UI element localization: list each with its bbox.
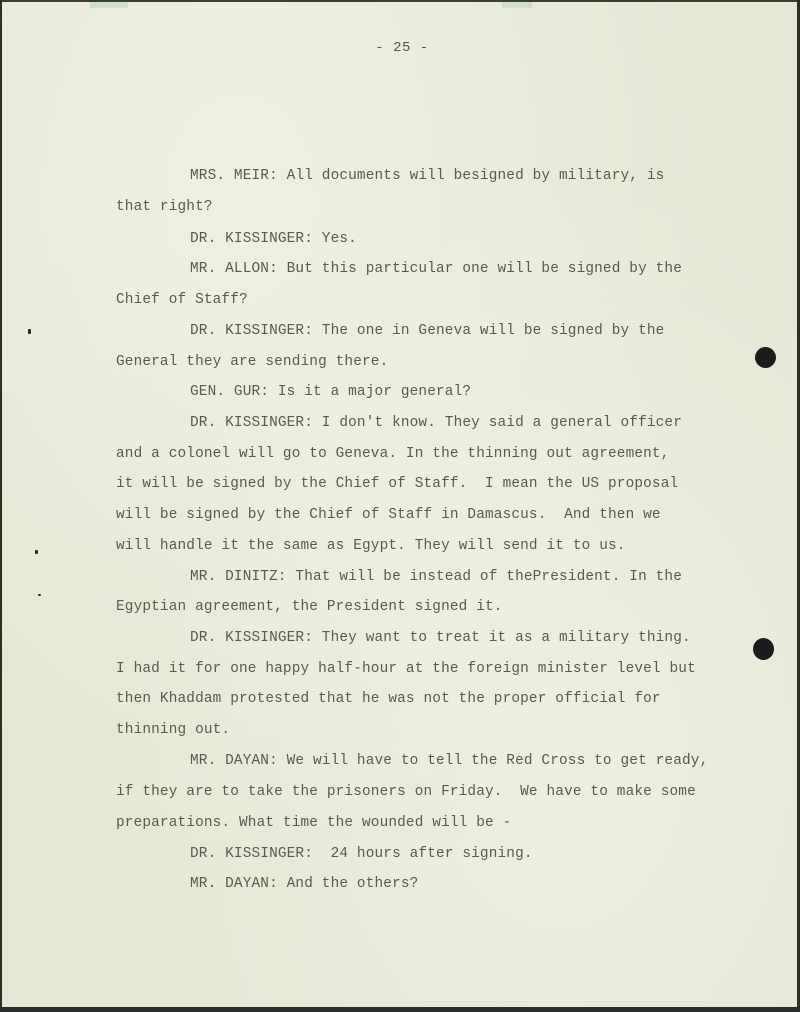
text-line: GEN. GUR: Is it a major general? [190, 383, 471, 401]
scan-artifact [35, 550, 38, 554]
text-line: if they are to take the prisoners on Fri… [116, 783, 696, 801]
text-line: MR. ALLON: But this particular one will … [190, 260, 682, 278]
text-line: General they are sending there. [116, 353, 388, 371]
text-line: preparations. What time the wounded will… [116, 814, 511, 832]
text-line: will handle it the same as Egypt. They w… [116, 537, 626, 555]
scan-border-bottom [0, 1007, 800, 1012]
text-line: MR. DINITZ: That will be instead of theP… [190, 568, 682, 586]
text-line: DR. KISSINGER: The one in Geneva will be… [190, 322, 664, 340]
text-line: DR. KISSINGER: 24 hours after signing. [190, 845, 533, 863]
text-line: will be signed by the Chief of Staff in … [116, 506, 661, 524]
scan-artifact [90, 2, 128, 8]
text-line: Egyptian agreement, the President signed… [116, 598, 503, 616]
text-line: MR. DAYAN: We will have to tell the Red … [190, 752, 708, 770]
text-line: DR. KISSINGER: Yes. [190, 230, 357, 248]
text-line: I had it for one happy half-hour at the … [116, 660, 696, 678]
text-line: DR. KISSINGER: They want to treat it as … [190, 629, 691, 647]
page-number: - 25 - [2, 40, 798, 56]
punch-hole-icon [755, 347, 776, 368]
scan-artifact [28, 329, 31, 334]
text-line: that right? [116, 198, 213, 216]
text-line: DR. KISSINGER: I don't know. They said a… [190, 414, 682, 432]
text-line: thinning out. [116, 721, 230, 739]
text-line: Chief of Staff? [116, 291, 248, 309]
scan-artifact [38, 594, 41, 596]
punch-hole-icon [753, 638, 774, 660]
text-line: then Khaddam protested that he was not t… [116, 690, 661, 708]
document-page: - 25 - MRS. MEIR: All documents will bes… [2, 2, 798, 1007]
text-line: MR. DAYAN: And the others? [190, 875, 418, 893]
scan-artifact [502, 2, 532, 8]
text-line: it will be signed by the Chief of Staff.… [116, 475, 678, 493]
text-line: MRS. MEIR: All documents will besigned b… [190, 167, 664, 185]
scan-border-left [0, 0, 2, 1012]
text-line: and a colonel will go to Geneva. In the … [116, 445, 670, 463]
